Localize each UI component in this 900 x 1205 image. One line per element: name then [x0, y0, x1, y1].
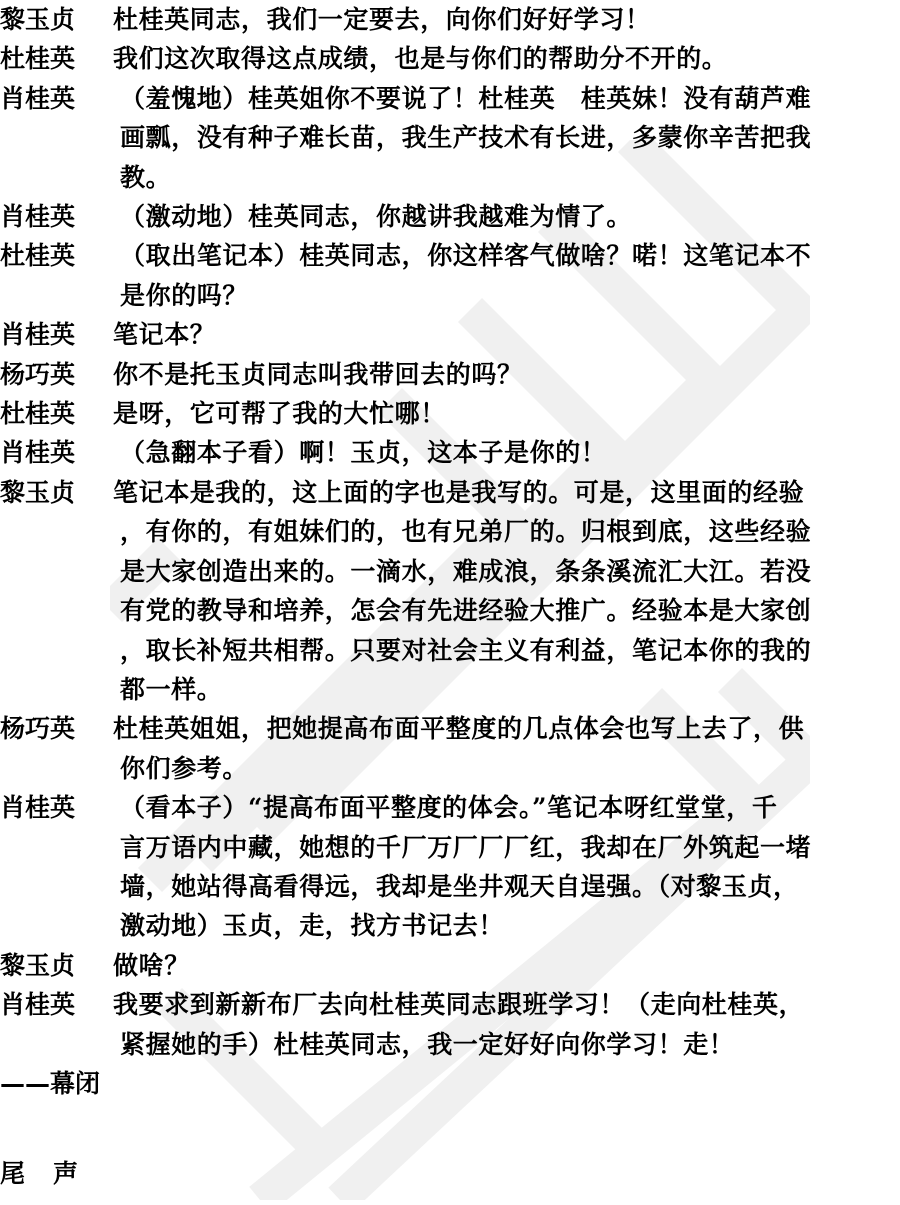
speaker-name: 肖桂英 — [0, 788, 113, 827]
speaker-name: 肖桂英 — [0, 197, 113, 236]
speech-text: （羞愧地）桂英姐你不要说了！杜桂英 桂英妹！没有葫芦难 — [113, 79, 880, 118]
speech-text: （看本子）“提高布面平整度的体会。”笔记本呀红堂堂，千 — [113, 788, 880, 827]
speaker-name: 黎玉贞 — [0, 0, 113, 39]
speaker-name: 肖桂英 — [0, 79, 113, 118]
dialogue-line: 黎玉贞笔记本是我的，这上面的字也是我写的。可是，这里面的经验 — [0, 473, 900, 512]
speech-text: 笔记本是我的，这上面的字也是我写的。可是，这里面的经验 — [113, 473, 873, 512]
speaker-name: 肖桂英 — [0, 985, 113, 1024]
dialogue-continuation: 都一样。 — [0, 670, 900, 709]
dialogue-line: 杜桂英（取出笔记本）桂英同志，你这样客气做啥？喏！这笔记本不 — [0, 236, 900, 275]
speaker-name: 黎玉贞 — [0, 946, 113, 985]
dialogue-continuation: 你们参考。 — [0, 749, 900, 788]
speech-text: 有党的教导和培养，怎会有先进经验大推广。经验本是大家创 — [113, 591, 880, 630]
speech-text: 教。 — [113, 158, 880, 197]
speaker-name: 肖桂英 — [0, 433, 113, 472]
dialogue-continuation: 是你的吗？ — [0, 276, 900, 315]
speaker-name: 杜桂英 — [0, 394, 113, 433]
dialogue-line: 肖桂英笔记本？ — [0, 315, 900, 354]
dialogue-continuation: 画瓢，没有种子难长苗，我生产技术有长进，多蒙你辛苦把我 — [0, 118, 900, 157]
section-title-char-1: 尾 — [0, 1159, 25, 1188]
speech-text: 墙，她站得高看得远，我却是坐井观天自逞强。（对黎玉贞， — [113, 867, 880, 906]
dialogue-continuation: 紧握她的手）杜桂英同志，我一定好好向你学习！走！ — [0, 1025, 900, 1064]
curtain-direction: ——幕闭 — [0, 1064, 900, 1103]
speech-text: 我们这次取得这点成绩，也是与你们的帮助分不开的。 — [113, 39, 873, 78]
speaker-name: 肖桂英 — [0, 315, 113, 354]
section-title: 尾声 — [0, 1154, 78, 1190]
speech-text: ，取长补短共相帮。只要对社会主义有利益，笔记本你的我的 — [113, 631, 880, 670]
speech-text: 杜桂英同志，我们一定要去，向你们好好学习！ — [113, 0, 873, 39]
dialogue-continuation: 激动地）玉贞，走，找方书记去！ — [0, 906, 900, 945]
speech-text: ，有你的，有姐妹们的，也有兄弟厂的。归根到底，这些经验 — [113, 512, 880, 551]
script-page: 黎玉贞杜桂英同志，我们一定要去，向你们好好学习！杜桂英我们这次取得这点成绩，也是… — [0, 0, 900, 1103]
dialogue-line: 肖桂英（激动地）桂英同志，你越讲我越难为情了。 — [0, 197, 900, 236]
speech-text: 是大家创造出来的。一滴水，难成浪，条条溪流汇大江。若没 — [113, 552, 880, 591]
dialogue-continuation: 是大家创造出来的。一滴水，难成浪，条条溪流汇大江。若没 — [0, 552, 900, 591]
speech-text: 画瓢，没有种子难长苗，我生产技术有长进，多蒙你辛苦把我 — [113, 118, 880, 157]
speech-text: 做啥？ — [113, 946, 873, 985]
speech-text: 你们参考。 — [113, 749, 880, 788]
speech-text: 激动地）玉贞，走，找方书记去！ — [113, 906, 880, 945]
speaker-name: 杨巧英 — [0, 709, 113, 748]
speaker-name: 黎玉贞 — [0, 473, 113, 512]
section-title-char-2: 声 — [53, 1159, 78, 1188]
speech-text: 都一样。 — [113, 670, 880, 709]
dialogue-line: 肖桂英（羞愧地）桂英姐你不要说了！杜桂英 桂英妹！没有葫芦难 — [0, 79, 900, 118]
dialogue-line: 肖桂英我要求到新新布厂去向杜桂英同志跟班学习！（走向杜桂英， — [0, 985, 900, 1024]
speech-text: 杜桂英姐姐，把她提高布面平整度的几点体会也写上去了，供 — [113, 709, 873, 748]
dialogue-continuation: 教。 — [0, 158, 900, 197]
speech-text: （急翻本子看）啊！玉贞，这本子是你的！ — [113, 433, 880, 472]
dialogue-line: 杜桂英我们这次取得这点成绩，也是与你们的帮助分不开的。 — [0, 39, 900, 78]
speech-text: 我要求到新新布厂去向杜桂英同志跟班学习！（走向杜桂英， — [113, 985, 873, 1024]
dialogue-line: 黎玉贞杜桂英同志，我们一定要去，向你们好好学习！ — [0, 0, 900, 39]
dialogue-line: 黎玉贞做啥？ — [0, 946, 900, 985]
dialogue-continuation: ，取长补短共相帮。只要对社会主义有利益，笔记本你的我的 — [0, 631, 900, 670]
dialogue-line: 肖桂英（看本子）“提高布面平整度的体会。”笔记本呀红堂堂，千 — [0, 788, 900, 827]
speech-text: 笔记本？ — [113, 315, 873, 354]
dialogue-line: 杜桂英是呀，它可帮了我的大忙哪！ — [0, 394, 900, 433]
dialogue-line: 杨巧英你不是托玉贞同志叫我带回去的吗？ — [0, 355, 900, 394]
dialogue-line: 杨巧英杜桂英姐姐，把她提高布面平整度的几点体会也写上去了，供 — [0, 709, 900, 748]
speech-text: （取出笔记本）桂英同志，你这样客气做啥？喏！这笔记本不 — [113, 236, 880, 275]
dialogue-continuation: 墙，她站得高看得远，我却是坐井观天自逞强。（对黎玉贞， — [0, 867, 900, 906]
speech-text: 言万语内中藏，她想的千厂万厂厂厂红，我却在厂外筑起一堵 — [113, 828, 880, 867]
speech-text: 紧握她的手）杜桂英同志，我一定好好向你学习！走！ — [113, 1025, 880, 1064]
speaker-name: 杜桂英 — [0, 39, 113, 78]
speaker-name: 杜桂英 — [0, 236, 113, 275]
speech-text: 是呀，它可帮了我的大忙哪！ — [113, 394, 873, 433]
dialogue-line: 肖桂英（急翻本子看）啊！玉贞，这本子是你的！ — [0, 433, 900, 472]
dialogue-continuation: ，有你的，有姐妹们的，也有兄弟厂的。归根到底，这些经验 — [0, 512, 900, 551]
dialogue-continuation: 有党的教导和培养，怎会有先进经验大推广。经验本是大家创 — [0, 591, 900, 630]
speech-text: 是你的吗？ — [113, 276, 880, 315]
speaker-name: 杨巧英 — [0, 355, 113, 394]
dialogue-continuation: 言万语内中藏，她想的千厂万厂厂厂红，我却在厂外筑起一堵 — [0, 828, 900, 867]
speech-text: 你不是托玉贞同志叫我带回去的吗？ — [113, 355, 873, 394]
speech-text: （激动地）桂英同志，你越讲我越难为情了。 — [113, 197, 880, 236]
